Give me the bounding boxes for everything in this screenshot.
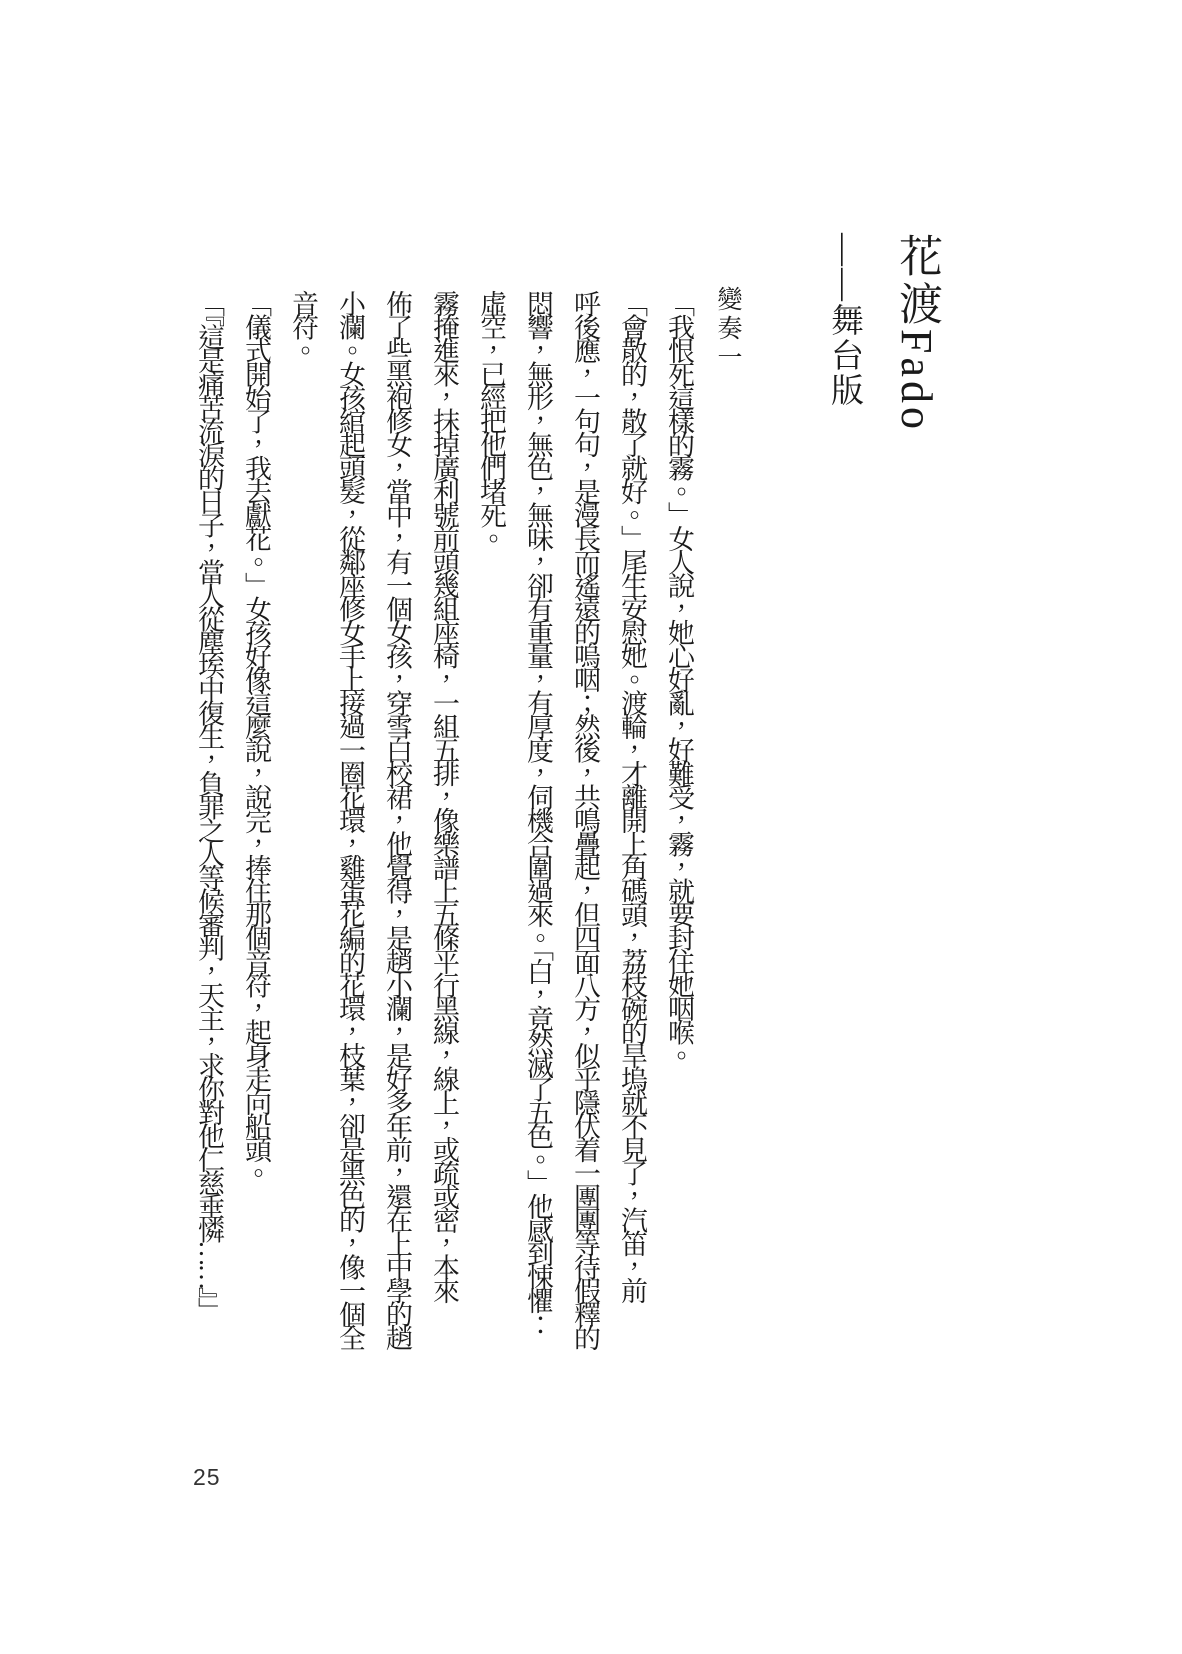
text-column: 呼後應，一句句，是漫長而遙遠的嗚咽；然後，共鳴疊起，但四面八方，似乎隱伏着一團團… (566, 290, 605, 1348)
page-title: 花渡Fado (884, 233, 948, 433)
text-column: 「『這是痛苦流淚的日子，當人從塵埃中復生，負罪之人等候審判，天主，求你對他仁慈垂… (190, 290, 229, 1321)
text-column: 音符。 (284, 290, 323, 361)
text-column: 虛空，已經把他們堵死。 (472, 290, 511, 549)
page-subtitle: ——舞台版 (821, 233, 868, 408)
text-column: 「我恨死這樣的霧。」女人說，她心好亂，好難受，霧，就要封住她咽喉。 (660, 290, 699, 1066)
text-column: 小瀾。女孩綰起頭髮，從鄰座修女手上接過一圈花環，雞蛋花編的花環，枝葉，卻是黑色的… (331, 290, 370, 1348)
book-page: 花渡Fado ——舞台版 變奏一 「我恨死這樣的霧。」女人說，她心好亂，好難受，… (0, 0, 1182, 1654)
text-column: 「會散的，散了就好。」尾生安慰她。渡輪，才離開上角碼頭，荔枝碗的旱塢就不見了，汽… (613, 290, 652, 1301)
section-heading: 變奏一 (709, 286, 745, 373)
text-column: 「儀式開始了，我去獻花。」女孩好像這麼說，說完，捧住那個音符，起身走向船頭。 (237, 290, 276, 1183)
text-column: 悶響，無形，無色，無味，卻有重量，有厚度，伺機合圍過來。「白，竟然滅了五色。」他… (519, 290, 558, 1334)
text-column: 霧掩進來，抹掉廣利號前頭幾組座椅，一組五排，像樂譜上五條平行黑線，線上，或疏或密… (425, 290, 464, 1301)
page-number: 25 (193, 1464, 221, 1491)
text-column: 佈了些黑袍修女，當中，有一個女孩，穿雪白校裙，他覺得，是趙小瀾，是好多年前，還在… (378, 290, 417, 1348)
